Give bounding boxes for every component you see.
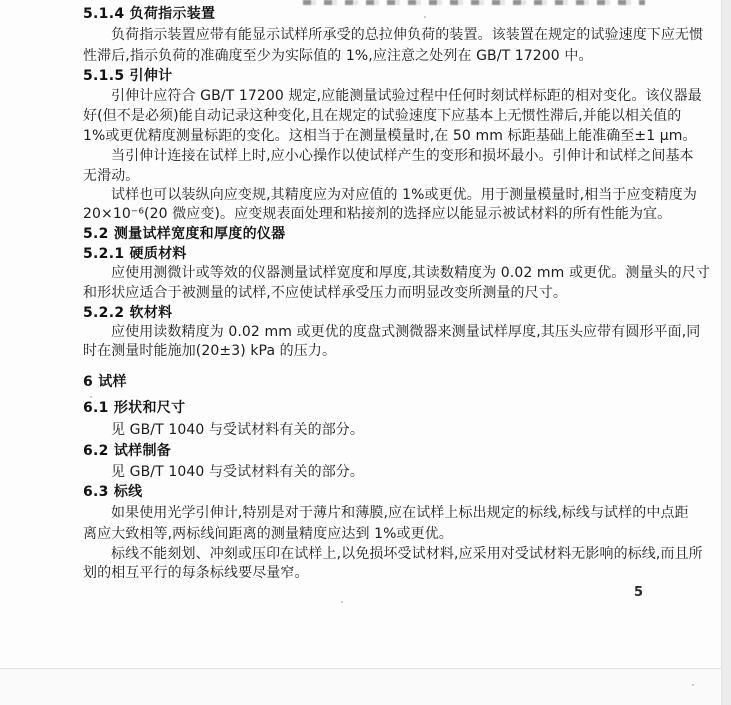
section-heading-6-1: 6.1 形状和尺寸 [83,401,185,416]
body-text-line: 见 GB/T 1040 与受试材料有关的部分。 [111,465,364,480]
scan-edge-strip [721,0,731,705]
body-text-line: 性滞后,指示负荷的准确度至少为实际值的 1%,应注意之处列在 GB/T 1720… [83,49,593,64]
section-heading-5-2-1: 5.2.1 硬质材料 [83,247,187,262]
scan-speck [692,684,694,686]
body-text-line: 试样也可以装纵向应变规,其精度应为对应值的 1%或更优。用于测量模量时,相当于应… [111,188,697,203]
body-text-line: 当引伸计连接在试样上时,应小心操作以使试样产生的变形和损坏最小。引伸计和试样之间… [111,149,694,164]
chapter-heading-6: 6 试样 [83,375,127,390]
scanned-document-page: 5.1.4 负荷指示装置 负荷指示装置应带有能显示试样所承受的总拉伸负荷的装置。… [0,0,731,705]
body-text-line: 引伸计应符合 GB/T 17200 规定,应能测量试验过程中任何时刻试样标距的相… [111,89,702,104]
body-text-line: 划的相互平行的每条标线要尽量窄。 [83,566,309,581]
body-text-line: 如果使用光学引伸计,特别是对于薄片和薄膜,应在试样上标出规定的标线,标线与试样的… [111,506,689,521]
page-number: 5 [634,585,643,600]
body-text-line: 无滑动。 [83,169,139,184]
scan-speck [90,396,92,398]
body-text-line: 负荷指示装置应带有能显示试样所承受的总拉伸负荷的装置。该装置在规定的试验速度下应… [111,28,703,43]
body-text-line: 好(但不是必须)能自动记录这种变化,且在规定的试验速度下应基本上无惯性滞后,并能… [83,109,681,124]
body-text-line: 见 GB/T 1040 与受试材料有关的部分。 [111,423,364,438]
scan-speck [424,16,426,18]
body-text-line: 离应大致相等,两标线间距离的测量精度应达到 1%或更优。 [83,527,453,542]
body-text-line: 20×10⁻⁶(20 微应变)。应变规表面处理和粘接剂的选择应以能显示被试材料的… [83,207,671,222]
body-text-line: 1%或更优精度测量标距的变化。这相当于在测量模量时,在 50 mm 标距基础上能… [83,129,697,144]
body-text-line: 标线不能刻划、冲刻或压印在试样上,以免损坏受试材料,应采用对受试材料无影响的标线… [111,547,703,562]
body-text-line: 应使用读数精度为 0.02 mm 或更优的度盘式测微器来测量试样厚度,其压头应带… [111,325,700,340]
body-text-line: 时在测量时能施加(20±3) kPa 的压力。 [83,344,336,359]
section-heading-6-2: 6.2 试样制备 [83,444,171,459]
section-heading-5-1-4: 5.1.4 负荷指示装置 [83,7,215,22]
cropped-text-fragment [303,0,645,5]
section-heading-5-2-2: 5.2.2 软材料 [83,306,172,321]
section-heading-5-2: 5.2 测量试样宽度和厚度的仪器 [83,227,285,242]
scan-speck [341,601,343,603]
next-page-edge-area [0,669,731,705]
section-heading-5-1-5: 5.1.5 引伸计 [83,69,172,84]
body-text-line: 应使用测微计或等效的仪器测量试样宽度和厚度,其读数精度为 0.02 mm 或更优… [111,266,710,281]
body-text-line: 和形状应适合于被测量的试样,不应使试样承受压力而明显改变所测量的尺寸。 [83,286,567,301]
section-heading-6-3: 6.3 标线 [83,485,142,500]
